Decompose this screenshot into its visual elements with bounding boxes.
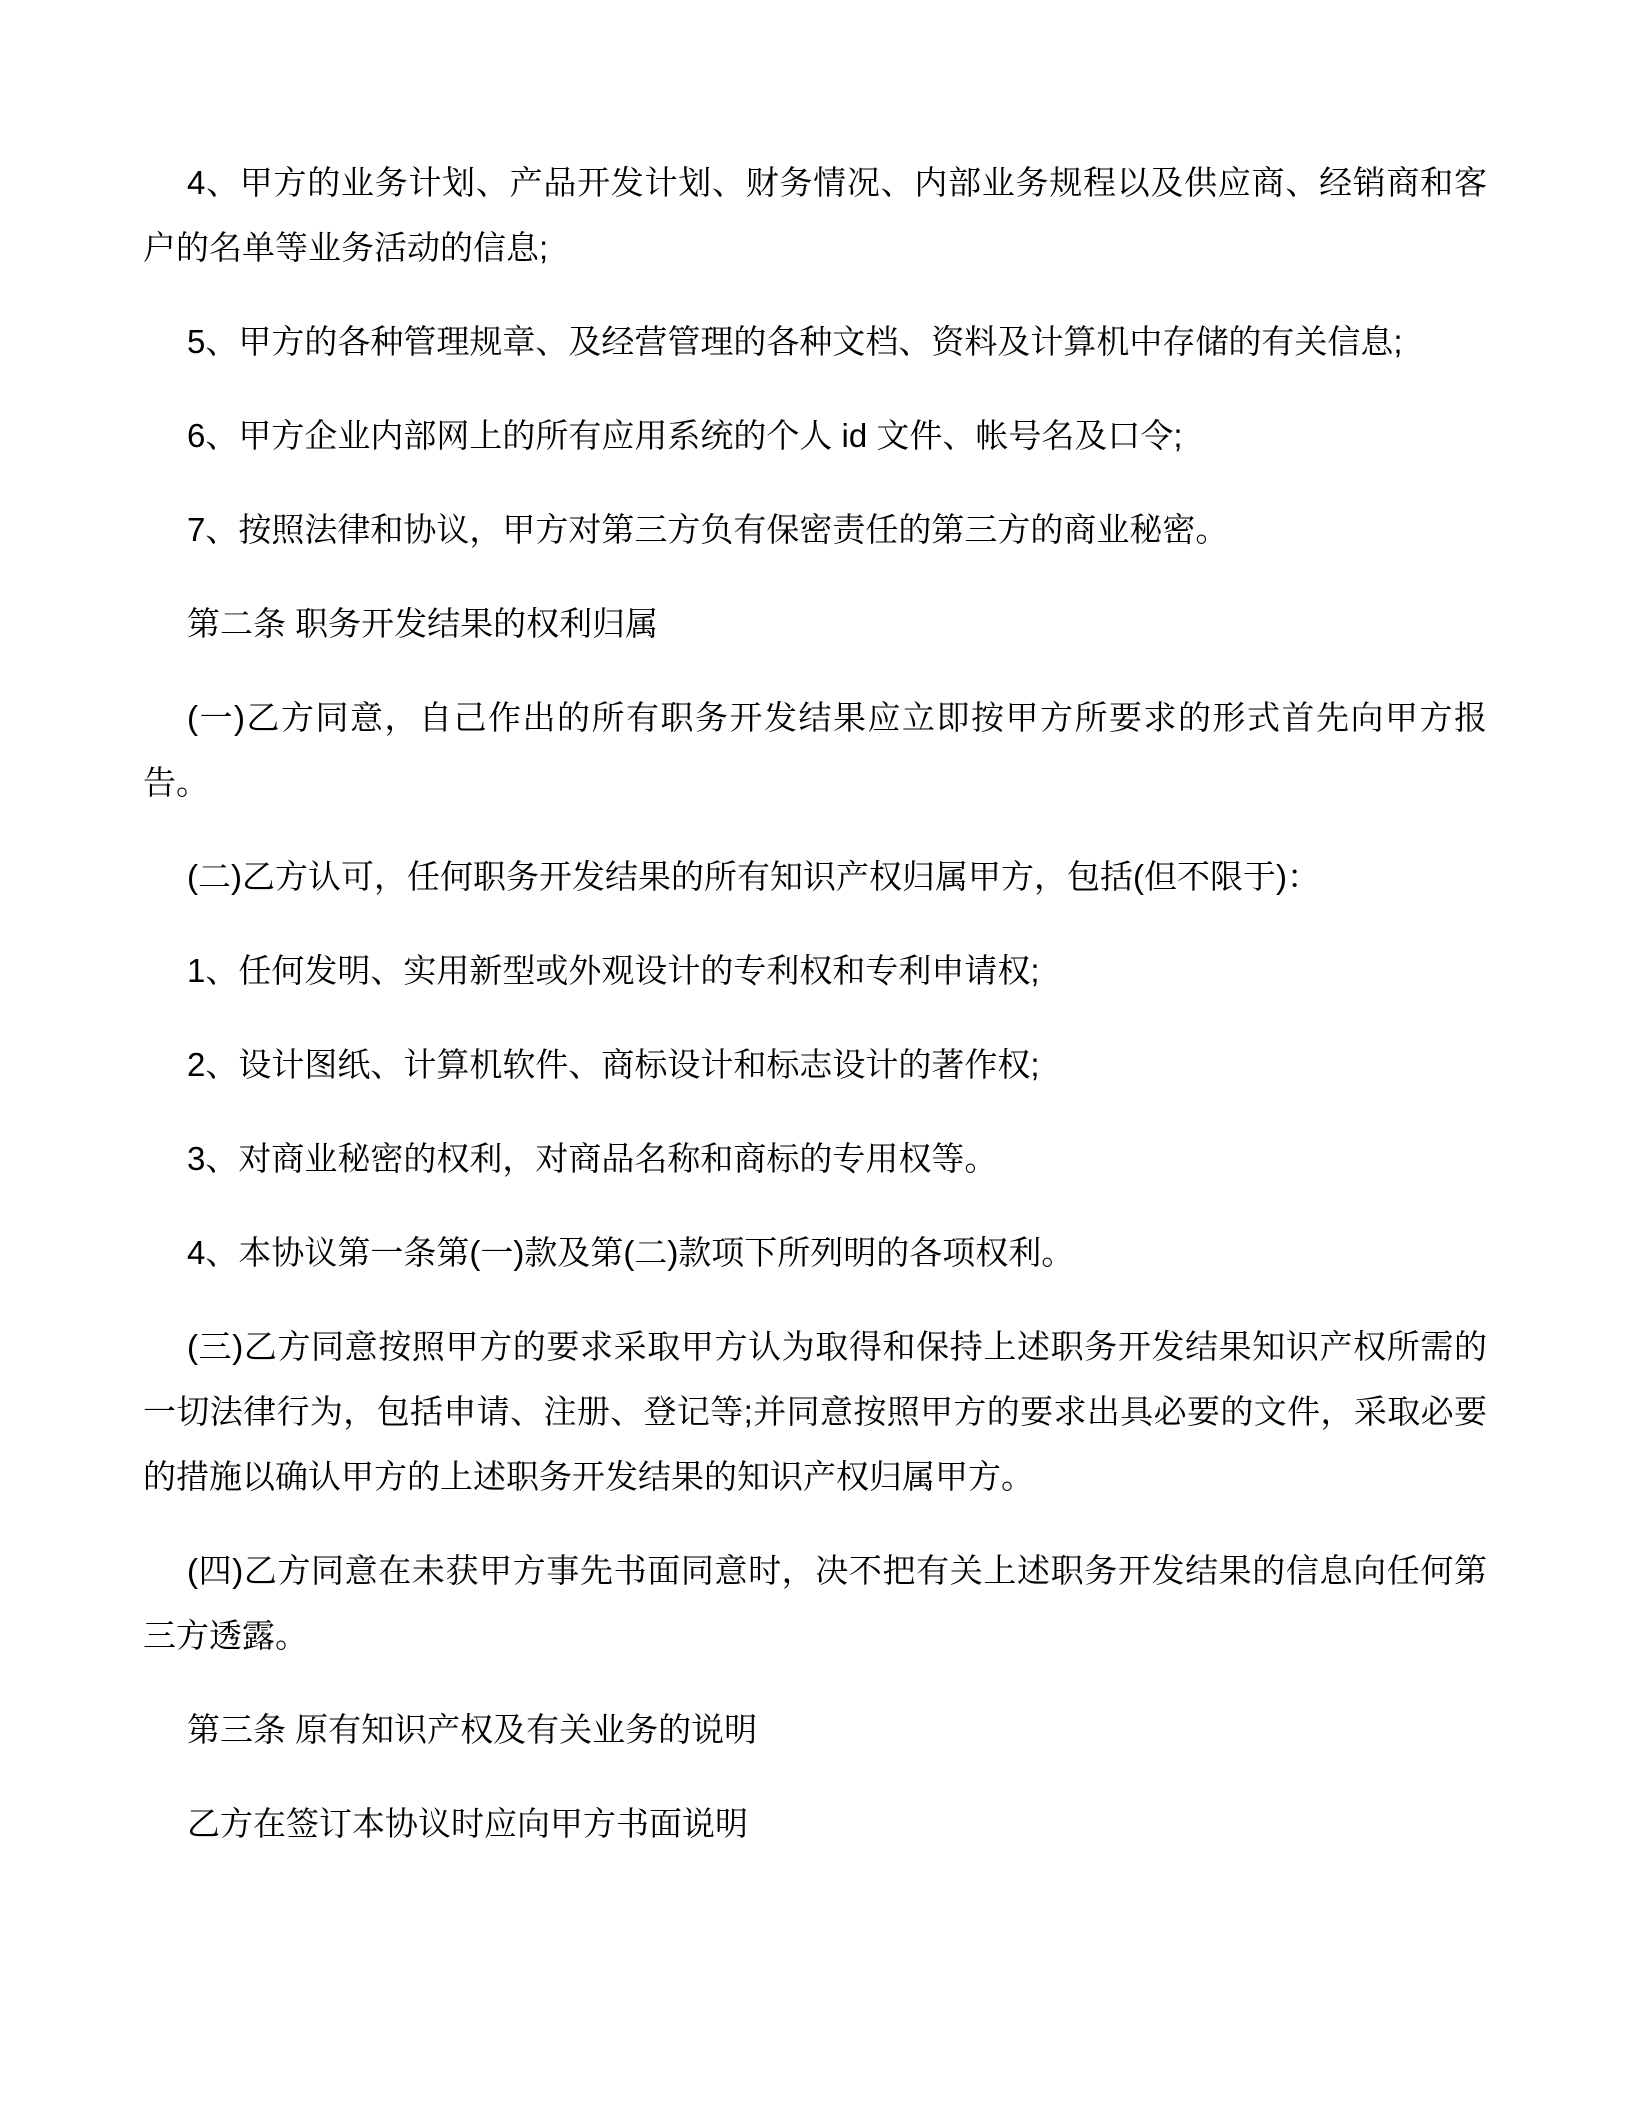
document-body: 4、甲方的业务计划、产品开发计划、财务情况、内部业务规程以及供应商、经销商和客户…: [0, 0, 1632, 1856]
paragraph: (四)乙方同意在未获甲方事先书面同意时，决不把有关上述职务开发结果的信息向任何第…: [143, 1538, 1487, 1668]
paragraph: (一)乙方同意，自己作出的所有职务开发结果应立即按甲方所要求的形式首先向甲方报告…: [143, 685, 1487, 815]
paragraph: (二)乙方认可，任何职务开发结果的所有知识产权归属甲方，包括(但不限于)：: [143, 844, 1487, 909]
paragraph: 2、设计图纸、计算机软件、商标设计和标志设计的著作权;: [143, 1032, 1487, 1097]
paragraph: 5、甲方的各种管理规章、及经营管理的各种文档、资料及计算机中存储的有关信息;: [143, 309, 1487, 374]
paragraph: 4、本协议第一条第(一)款及第(二)款项下所列明的各项权利。: [143, 1220, 1487, 1285]
paragraph: 7、按照法律和协议，甲方对第三方负有保密责任的第三方的商业秘密。: [143, 497, 1487, 562]
paragraph: (三)乙方同意按照甲方的要求采取甲方认为取得和保持上述职务开发结果知识产权所需的…: [143, 1314, 1487, 1509]
section-heading: 第三条 原有知识产权及有关业务的说明: [143, 1697, 1487, 1762]
document-page: 4、甲方的业务计划、产品开发计划、财务情况、内部业务规程以及供应商、经销商和客户…: [0, 0, 1632, 2112]
paragraph: 4、甲方的业务计划、产品开发计划、财务情况、内部业务规程以及供应商、经销商和客户…: [143, 150, 1487, 280]
paragraph: 1、任何发明、实用新型或外观设计的专利权和专利申请权;: [143, 938, 1487, 1003]
paragraph: 6、甲方企业内部网上的所有应用系统的个人 id 文件、帐号名及口令;: [143, 403, 1487, 468]
section-heading: 第二条 职务开发结果的权利归属: [143, 591, 1487, 656]
paragraph: 3、对商业秘密的权利，对商品名称和商标的专用权等。: [143, 1126, 1487, 1191]
paragraph: 乙方在签订本协议时应向甲方书面说明: [143, 1791, 1487, 1856]
